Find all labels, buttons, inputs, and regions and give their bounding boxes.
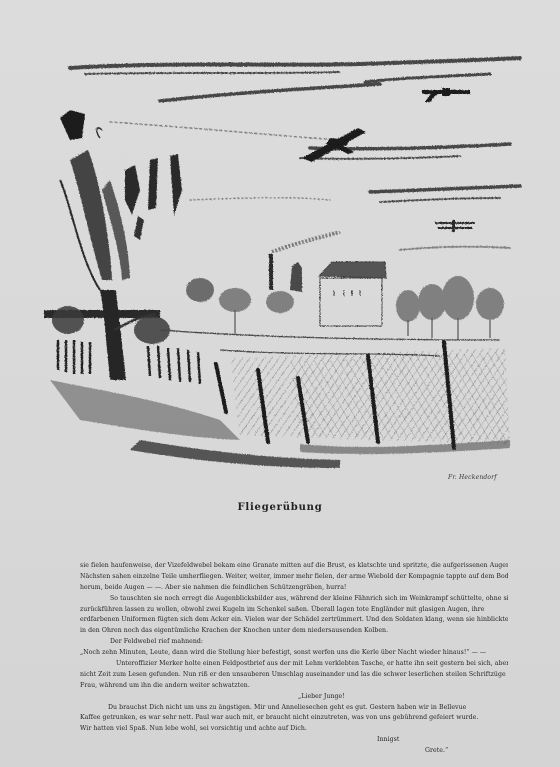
letter-signature: Grete.“: [80, 746, 508, 757]
text-line: herum, beide Augen — —. Aber sie nahmen …: [80, 583, 508, 594]
text-line: sie fielen haufenweise, der Vizefeldwebe…: [80, 561, 508, 572]
text-line: Du brauchst Dich nicht um uns zu ängstig…: [80, 703, 508, 714]
tower: [290, 262, 302, 292]
biplane-large: [302, 128, 366, 162]
picket-fence: [58, 340, 200, 384]
text-line: „Noch zehn Minuten, Leute, dann wird die…: [80, 648, 508, 659]
letter-greeting: „Lieber Junge!: [80, 692, 508, 703]
biplane-top-right: [422, 88, 470, 102]
text-line: Nächsten sahen einzelne Teile umherflieg…: [80, 572, 508, 583]
text-line: erdfarbenen Uniformen fügten sich dem Ac…: [80, 615, 508, 626]
text-line: in den Ohren noch das eigentümliche Krac…: [80, 626, 508, 637]
lithograph-illustration: [40, 40, 530, 480]
text-line: Unteroffizier Merker holte einen Feldpos…: [80, 659, 508, 670]
chimney-smoke: [272, 232, 340, 252]
text-line: Der Feldwebel rief mahnend:: [80, 637, 508, 648]
text-line: Kaffee getrunken, es war sehr nett. Paul…: [80, 713, 508, 724]
text-line: nicht Zeit zum Lesen gefunden. Nun riß e…: [80, 670, 508, 681]
text-line: So tauschten sie noch erregt die Augenbl…: [80, 594, 508, 605]
biplane-small: [435, 220, 475, 232]
artist-signature: Fr. Heckendorf: [448, 474, 497, 481]
chimney: [269, 254, 273, 290]
text-line: Wir hatten viel Spaß. Nun lebe wohl, sei…: [80, 724, 508, 735]
text-line: Frau, während um ihn die andern weiter s…: [80, 681, 508, 692]
fence: [216, 342, 510, 448]
letter-closing: Innigst: [80, 735, 508, 746]
document-page: Fr. Heckendorf Fliegerübung sie fielen h…: [0, 0, 560, 767]
text-line: zurückführen lassen zu wollen, obwohl zw…: [80, 605, 508, 616]
house: [319, 262, 386, 326]
article-title: Fliegerübung: [0, 502, 560, 513]
article-body: sie fielen haufenweise, der Vizefeldwebe…: [80, 561, 508, 757]
trees-right: [219, 276, 504, 322]
